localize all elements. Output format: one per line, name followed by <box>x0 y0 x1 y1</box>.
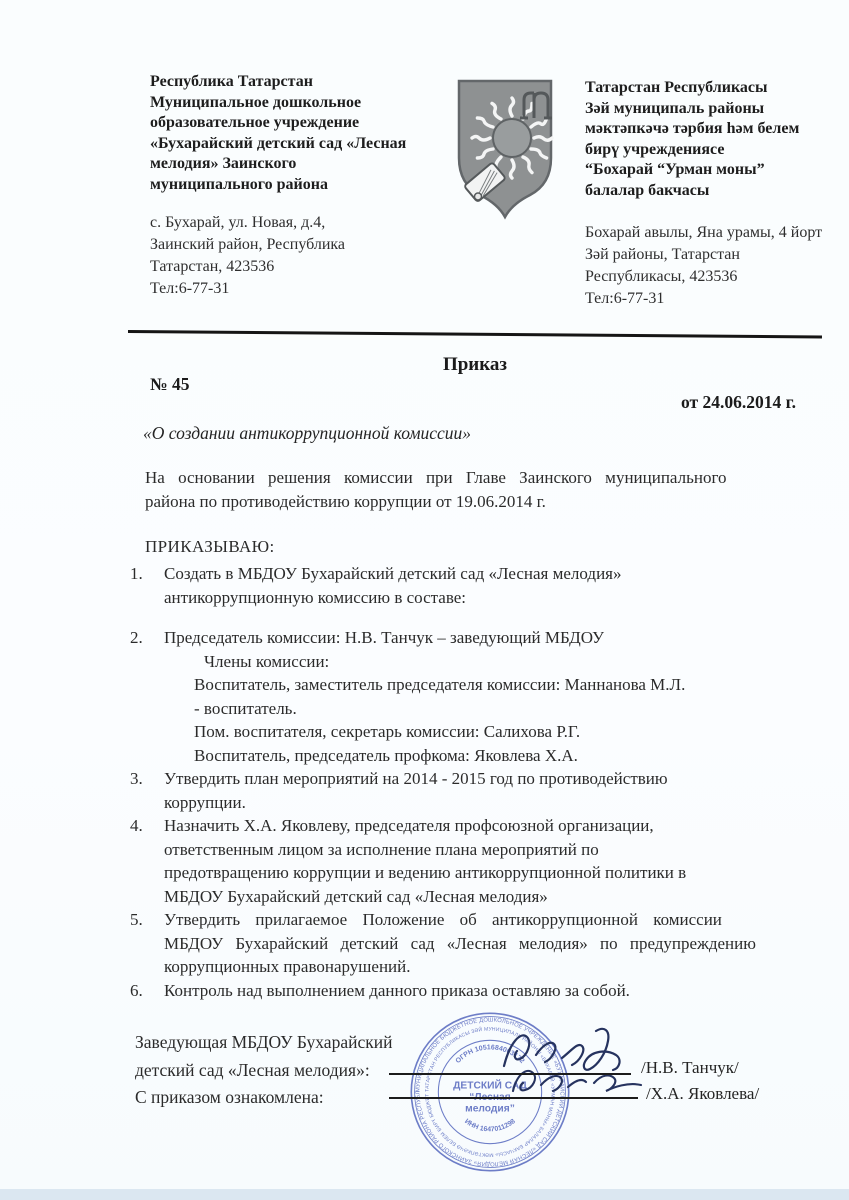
commission-member-line: Пом. воспитателя, секретарь комиссии: Са… <box>164 720 822 744</box>
order-body: Приказ № 45 от 24.06.2014 г. «О создании… <box>128 330 822 1112</box>
preamble-line: района по противодействию коррупции от 1… <box>145 490 821 514</box>
stamp-center-line3: мелодия” <box>465 1104 515 1115</box>
commission-member-line: Члены комиссии: <box>164 650 822 674</box>
order-item-6: 6. Контроль над выполнением данного прик… <box>128 979 822 1003</box>
signatory-name-tanchuk: /Н.В. Танчук/ <box>641 1058 739 1078</box>
order-item-5: 5. Утвердить прилагаемое Положение об ан… <box>128 908 822 979</box>
org-name-line: мелодия» Заинского <box>150 154 450 175</box>
item-text-line: ответственным лицом за исполнение плана … <box>164 838 822 862</box>
item-text: Создать в МБДОУ Бухарайский детский сад … <box>164 562 822 609</box>
resolve-label: ПРИКАЗЫВАЮ: <box>145 537 822 557</box>
svg-text:ИНН 1647011298: ИНН 1647011298 <box>463 1118 517 1133</box>
item-text: Председатель комиссии: Н.В. Танчук – зав… <box>164 626 822 767</box>
item-text-line: Назначить Х.А. Яковлеву, председателя пр… <box>164 814 822 838</box>
order-date: от 24.06.2014 г. <box>681 392 796 413</box>
order-items: 1. Создать в МБДОУ Бухарайский детский с… <box>128 562 822 1002</box>
org-address-line: Бохарай авылы, Яна урамы, 4 йорт <box>585 222 835 244</box>
commission-members: Члены комиссии:Воспитатель, заместитель … <box>164 650 822 768</box>
order-subject: «О создании антикоррупционной комиссии» <box>143 423 822 444</box>
org-name-line: Муниципальное дошкольное <box>150 93 450 114</box>
item-text: Утвердить план мероприятий на 2014 - 201… <box>164 767 822 814</box>
signatory-name-yakovleva: /Х.А. Яковлева/ <box>646 1084 759 1104</box>
item-text: Назначить Х.А. Яковлеву, председателя пр… <box>164 814 822 908</box>
item-text-line: Утвердить план мероприятий на 2014 - 201… <box>164 767 822 791</box>
org-name-line: мәктәпкәчә тәрбия һәм белем <box>585 119 835 140</box>
signature-line-2 <box>389 1097 638 1099</box>
coat-of-arms-graphic <box>452 74 558 222</box>
org-name-line: балалар бакчасы <box>585 181 835 202</box>
coat-of-arms <box>452 74 558 222</box>
org-address-line: Тел:6-77-31 <box>150 278 450 300</box>
item-text: Утвердить прилагаемое Положение об антик… <box>164 908 822 979</box>
item-text-line: МБДОУ Бухарайский детский сад «Лесная ме… <box>164 932 822 956</box>
org-address-line: Зәй районы, Татарстан <box>585 244 835 266</box>
document-page: Республика ТатарстанМуниципальное дошкол… <box>0 0 849 1200</box>
yakovleva-handwritten-signature <box>508 1062 648 1102</box>
item-text-line: предотвращению коррупции и ведению антик… <box>164 861 822 885</box>
org-name-line: “Бохарай “Урман моны” <box>585 160 835 181</box>
item-text-line: Утвердить прилагаемое Положение об антик… <box>164 908 822 932</box>
order-preamble: На основании решения комиссии при Главе … <box>145 466 821 514</box>
order-item-1: 1. Создать в МБДОУ Бухарайский детский с… <box>128 562 822 609</box>
org-address-line: Тел:6-77-31 <box>585 288 835 310</box>
item-text-line: МБДОУ Бухарайский детский сад «Лесная ме… <box>164 885 822 909</box>
letterhead-tatar: Татарстан РеспубликасыЗәй муниципаль рай… <box>585 78 835 310</box>
signature-line-1 <box>389 1073 631 1075</box>
item-number: 5. <box>128 908 164 979</box>
item-text: Контроль над выполнением данного приказа… <box>164 979 822 1003</box>
item-text-line: антикоррупционную комиссию в составе: <box>164 586 822 610</box>
org-name-line: муниципального района <box>150 175 450 196</box>
org-address-line: Республикасы, 423536 <box>585 266 835 288</box>
sun-disc <box>493 119 531 157</box>
item-text-line: Создать в МБДОУ Бухарайский детский сад … <box>164 562 822 586</box>
org-address-line: Татарстан, 423536 <box>150 256 450 278</box>
preamble-line: На основании решения комиссии при Главе … <box>145 466 821 490</box>
stamp-inn: ИНН 1647011298 <box>463 1118 517 1133</box>
org-address-russian: с. Бухарай, ул. Новая, д.4,Заинский райо… <box>150 212 450 300</box>
org-address-line: с. Бухарай, ул. Новая, д.4, <box>150 212 450 234</box>
org-address-tatar: Бохарай авылы, Яна урамы, 4 йортЗәй райо… <box>585 222 835 310</box>
org-name-russian: Республика ТатарстанМуниципальное дошкол… <box>150 72 450 195</box>
org-name-line: образовательное учреждение <box>150 113 450 134</box>
org-name-line: Татарстан Республикасы <box>585 78 835 99</box>
order-item-2: 2. Председатель комиссии: Н.В. Танчук – … <box>128 626 822 767</box>
order-title: Приказ <box>128 354 822 376</box>
order-item-4: 4. Назначить Х.А. Яковлеву, председателя… <box>128 814 822 908</box>
org-name-line: бирү учреждениясе <box>585 140 835 161</box>
item-number: 6. <box>128 979 164 1003</box>
commission-member-line: Воспитатель, заместитель председателя ко… <box>164 673 822 697</box>
org-name-line: «Бухарайский детский сад «Лесная <box>150 134 450 155</box>
org-address-line: Заинский район, Республика <box>150 234 450 256</box>
item-number: 3. <box>128 767 164 814</box>
item-number: 4. <box>128 814 164 908</box>
commission-member-line: - воспитатель. <box>164 697 822 721</box>
item-main-lines: Председатель комиссии: Н.В. Танчук – зав… <box>164 626 822 650</box>
item-number: 2. <box>128 626 164 767</box>
org-name-line: Республика Татарстан <box>150 72 450 93</box>
letterhead-russian: Республика ТатарстанМуниципальное дошкол… <box>150 72 450 300</box>
commission-member-line: Воспитатель, председатель профкома: Яков… <box>164 744 822 768</box>
org-name-line: Зәй муниципаль районы <box>585 99 835 120</box>
org-name-tatar: Татарстан РеспубликасыЗәй муниципаль рай… <box>585 78 835 201</box>
header-divider <box>128 330 822 338</box>
item-text-line: коррупционных правонарушений. <box>164 955 822 979</box>
item-text-line: коррупции. <box>164 791 822 815</box>
item-text-line: Контроль над выполнением данного приказа… <box>164 979 822 1003</box>
order-number: № 45 <box>150 374 189 395</box>
order-item-3: 3. Утвердить план мероприятий на 2014 - … <box>128 767 822 814</box>
item-number: 1. <box>128 562 164 609</box>
scan-edge-artifact <box>0 1189 849 1200</box>
item-text-line: Председатель комиссии: Н.В. Танчук – зав… <box>164 626 822 650</box>
